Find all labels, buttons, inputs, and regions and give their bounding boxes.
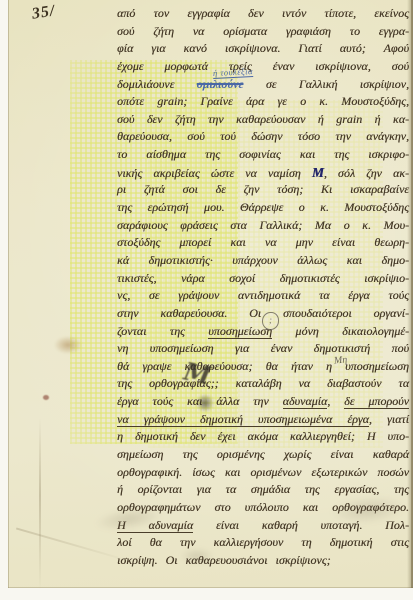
manuscript-line: θαρεύουσα, σού τού δώσην τόσο την ανάγκη… (117, 128, 409, 146)
manuscript-line: τικιστές, νάρα σοχοί δημοτικιστές ισκρίψ… (117, 270, 409, 288)
paper-stain (54, 336, 82, 354)
underlined-word: αδυναμία (283, 394, 328, 409)
manuscript-line: σού δεν ζήτη την καθαρεύουσαν ή grain ή … (117, 111, 409, 129)
line-text: δομιλιάουνε (117, 77, 197, 91)
paper-crease (39, 418, 41, 590)
line-text: μόνη δικαιολογημέ- (272, 324, 409, 338)
manuscript-line: έχομε μορφωτά τρείς έναν ισκρίψιονα, σού (117, 58, 409, 76)
manuscript-line: νς, σε γράψουν αντιδημοτικά τα έργα τούς (117, 287, 409, 305)
manuscript-line: νη υποσημείωση για έναν δημοτικιστή πού (117, 340, 409, 358)
underlined-word: δε μπορούν (344, 394, 409, 409)
manuscript-line: λοί θα την καλλιεργήσουν τη δημοτική στι… (117, 534, 409, 552)
manuscript-line: το αίσθημα της σοφινίας και της ισκριφο- (117, 146, 409, 164)
line-text: σε Γαλλική ισκρίψιον, (243, 77, 409, 91)
manuscript-line: από τον εγγραφία δεν ιντόν τίποτε, εκείν… (117, 5, 409, 23)
navy-ink-blot-letter: Μ (312, 165, 324, 180)
manuscript-line: σημείωση της ορισμένης χωρίς είναι καθαρ… (117, 446, 409, 464)
manuscript-text: από τον εγγραφία δεν ιντόν τίποτε, εκείν… (117, 5, 409, 573)
line-text: , (327, 394, 344, 408)
blue-ink-insertion: ή τουλεξια (213, 67, 253, 79)
manuscript-line-underlined-words: έργα τούς και άλλα την αδυναμία, δε μπορ… (117, 393, 409, 411)
line-text: νικής ακριβείας ώστε να ναμίση (117, 166, 312, 180)
pencil-scribble-correction: Μ (182, 359, 213, 388)
manuscript-line-underlined-phrase: να γράψουν δημοτική υποσημειωμένα έργα, … (117, 411, 409, 429)
line-text: ζονται της (117, 324, 208, 338)
scanned-manuscript-page: 35/ από τον εγγραφία δεν ιντόν τίποτε, ε… (0, 0, 413, 600)
manuscript-line: οπότε grain; Γραίνε άρα γε ο κ. Μουστοξύ… (117, 93, 409, 111)
manuscript-line: σαράφιους φράσεις στα Γαλλικά; Μα ο κ. Μ… (117, 217, 409, 235)
line-text: , σόλ ζην ακ- (324, 166, 409, 180)
manuscript-line: η δημοτική δεν έχει ακόμα καλλιεργηθεί; … (117, 428, 409, 446)
manuscript-line: ισκρίψη. Οι καθαρευουσιάνοι ισκρίψιονς; (117, 552, 409, 570)
manuscript-line: ρι ζητά σοι δε ζην τόση; Κι ισκαραβαίνε (117, 181, 409, 199)
ink-speck (43, 395, 49, 400)
pencil-note: Μη (334, 355, 348, 366)
circled-pencil-mark: ; (262, 312, 279, 330)
manuscript-line-with-navy-mark: νικής ακριβείας ώστε να ναμίση Μ, σόλ ζη… (117, 164, 409, 182)
paper-crease (16, 527, 132, 562)
manuscript-line-with-blue-correction: δομιλιάουνε ομιλιούνε σε Γαλλική ισκρίψι… (117, 76, 409, 94)
underlined-phrase: να γράψουν δημοτική υποσημειωμένα έργα (117, 412, 369, 427)
manuscript-line: σού ζήτη να ορίσματα γραφιάση το εγγρα- (117, 23, 409, 41)
manuscript-line: της ερώτησή μου. Θάρρεψε ο κ. Μουστοξύδη… (117, 199, 409, 217)
manuscript-line: ορθογραφική. ίσως και ορισμένων εξωτερικ… (117, 464, 409, 482)
ink-showthrough-smudge (180, 548, 214, 564)
manuscript-paper: 35/ από τον εγγραφία δεν ιντόν τίποτε, ε… (8, 0, 413, 588)
manuscript-line: θά γραψε καθαρεύουσα; θα ήταν η υποσημεί… (117, 358, 409, 376)
pencil-smudge (196, 394, 214, 412)
manuscript-line: φία για κανό ισκρίψιονα. Γιατί αυτό; Αφο… (117, 40, 409, 58)
line-text: , γιατί (369, 412, 409, 426)
manuscript-line: της ορθογραφίας;; καταλάβη να διαβαστούν… (117, 375, 409, 393)
page-number: 35/ (31, 1, 57, 24)
manuscript-line: κά δημοτικιστής· υπάρχουν άλλως και δημο… (117, 252, 409, 270)
manuscript-line: στοξύδης μπορεί και να μην είναι θεωρη- (117, 234, 409, 252)
